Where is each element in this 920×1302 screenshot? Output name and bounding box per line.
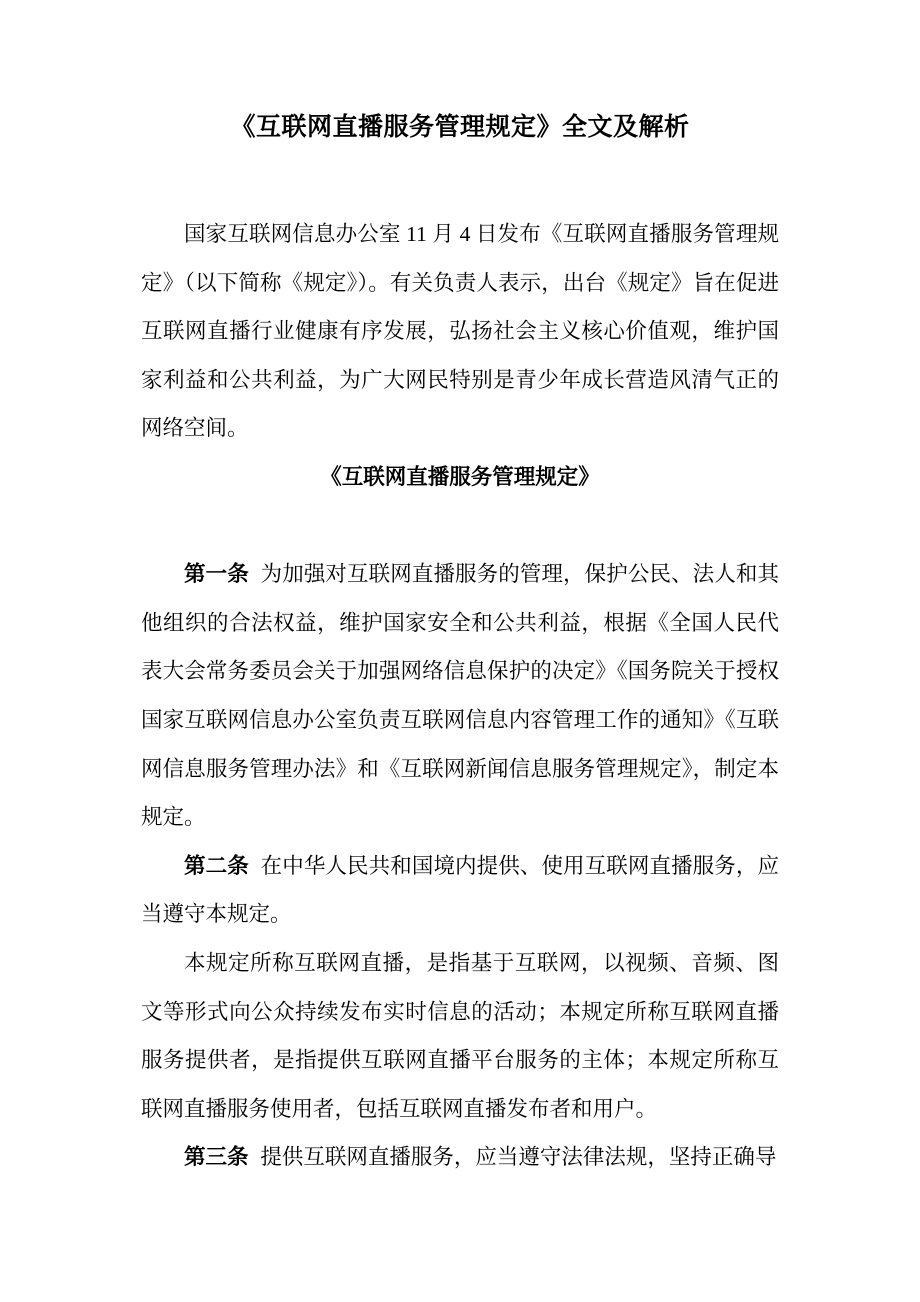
paragraph-text: 《互联网直播服务管理规定》 [320, 465, 600, 489]
paragraph-text: 本规定所称互联网直播，是指基于互联网，以视频、音频、图文等形式向公众持续发布实时… [141, 951, 779, 1121]
paragraph-text: 提供互联网直播服务，应当遵守法律法规，坚持正确导 [260, 1145, 776, 1169]
paragraph: 第一条为加强对互联网直播服务的管理，保护公民、法人和其他组织的合法权益，维护国家… [141, 550, 779, 842]
paragraph: 第二条在中华人民共和国境内提供、使用互联网直播服务，应当遵守本规定。 [141, 842, 779, 939]
paragraph-text: 为加强对互联网直播服务的管理，保护公民、法人和其他组织的合法权益，维护国家安全和… [141, 562, 779, 829]
document-body: 国家互联网信息办公室 11 月 4 日发布《互联网直播服务管理规定》（以下简称《… [141, 210, 779, 1182]
paragraph: 国家互联网信息办公室 11 月 4 日发布《互联网直播服务管理规定》（以下简称《… [141, 210, 779, 453]
section-heading: 《互联网直播服务管理规定》 [141, 453, 779, 502]
paragraph: 第三条提供互联网直播服务，应当遵守法律法规，坚持正确导 [141, 1133, 779, 1182]
article-number-label: 第一条 [184, 562, 249, 586]
article-number-label: 第三条 [184, 1145, 249, 1169]
article-number-label: 第二条 [184, 854, 249, 878]
paragraph-text: 国家互联网信息办公室 11 月 4 日发布《互联网直播服务管理规定》（以下简称《… [141, 222, 779, 440]
paragraph: 本规定所称互联网直播，是指基于互联网，以视频、音频、图文等形式向公众持续发布实时… [141, 939, 779, 1133]
document-title: 《互联网直播服务管理规定》全文及解析 [141, 100, 779, 156]
document-page: 《互联网直播服务管理规定》全文及解析 国家互联网信息办公室 11 月 4 日发布… [0, 0, 920, 1302]
